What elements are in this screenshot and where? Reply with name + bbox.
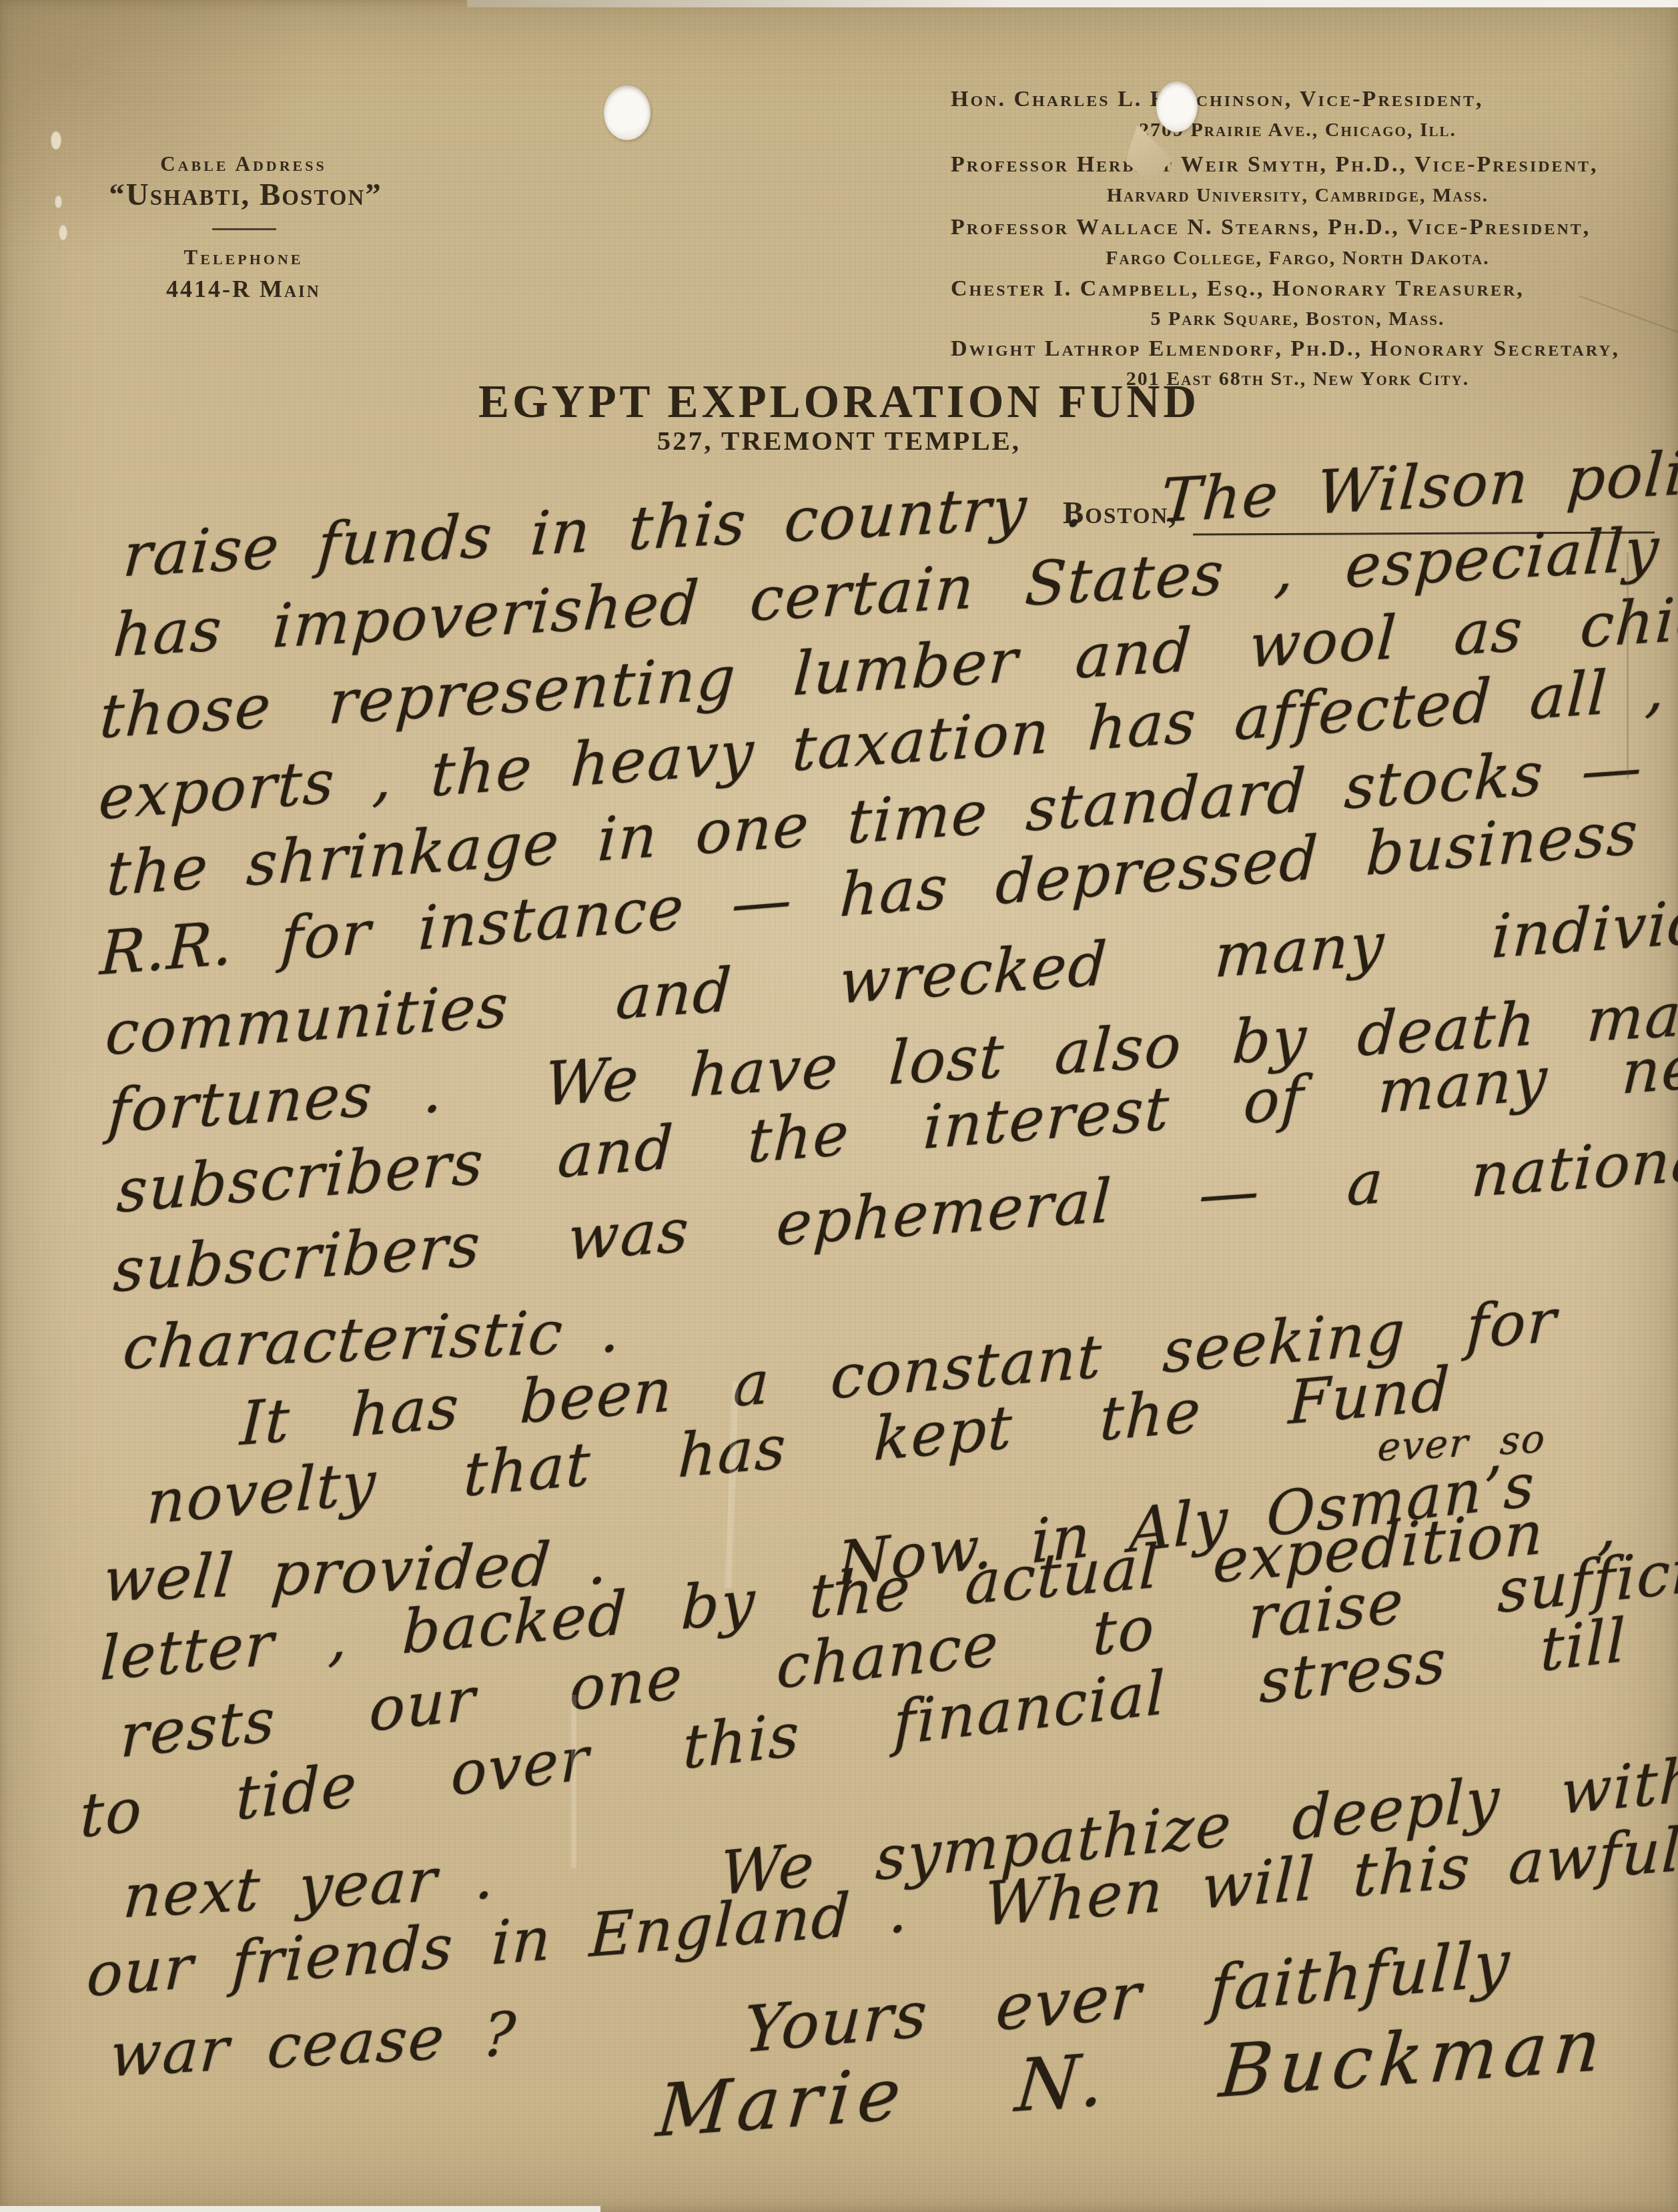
paper-nick — [51, 131, 61, 149]
letter-page: Cable Address “Ushabti, Boston” Telephon… — [0, 0, 1678, 2212]
telephone-label: Telephone — [100, 246, 387, 270]
officer-3-name: Professor Wallace N. Stearns, Ph.D., Vic… — [951, 215, 1591, 240]
cable-address-label: Cable Address — [100, 152, 387, 176]
organization-name: EGYPT EXPLORATION FUND — [0, 376, 1678, 428]
officer-4-address: 5 Park Square, Boston, Mass. — [961, 308, 1635, 330]
paper-nick — [55, 195, 62, 208]
scanner-edge-top — [467, 0, 1678, 7]
punch-hole-right — [1156, 81, 1198, 132]
punch-hole-left — [604, 85, 651, 140]
officer-3-address: Fargo College, Fargo, North Dakota. — [961, 247, 1635, 270]
telephone-number: 4414-R Main — [100, 275, 387, 303]
handwritten-line: war cease ? — [107, 1999, 519, 2091]
letterhead-divider — [212, 228, 276, 230]
cable-address-value: “Ushabti, Boston” — [79, 177, 412, 213]
officer-2-address: Harvard University, Cambridge, Mass. — [961, 184, 1635, 207]
officer-4-name: Chester I. Campbell, Esq., Honorary Trea… — [951, 276, 1525, 302]
paper-nick — [59, 224, 67, 240]
officer-2-name: Professor Herbert Weir Smyth, Ph.D., Vic… — [951, 152, 1598, 177]
officer-1-address: 2709 Prairie Ave., Chicago, Ill. — [961, 119, 1635, 141]
officer-5-name: Dwight Lathrop Elmendorf, Ph.D., Honorar… — [951, 336, 1620, 362]
scanner-edge-bottom — [0, 2206, 600, 2212]
officer-1-name: Hon. Charles L. Hutchinson, Vice-Preside… — [951, 87, 1484, 112]
